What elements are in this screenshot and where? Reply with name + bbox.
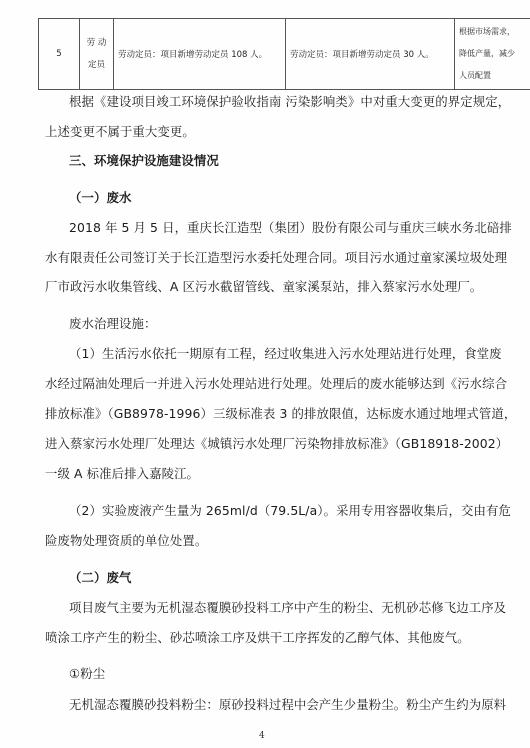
subheading: ①粉尘 (69, 666, 490, 682)
paragraph-line: 险废物处理资质的单位处置。 (45, 533, 490, 549)
subsection-heading: （一）废水 (69, 190, 490, 206)
paragraph-line: 进入蔡家污水处理厂处理达《城镇污水处理厂污染物排放标准》（GB18918-200… (45, 436, 490, 452)
table-row: 5 劳 动 定员 劳动定员：项目新增劳动定员 108 人。 劳动定员：项目新增劳… (39, 19, 530, 90)
paragraph-line: 废水治理设施： (69, 316, 490, 332)
paragraph-line: 排放标准》（GB8978-1996）三级标准表 3 的排放限值，达标废水通过地埋… (45, 406, 490, 422)
paragraph-line: （2）实验废液产生量为 265ml/d（79.5L/a）。采用专用容器收集后，交… (69, 503, 490, 519)
paragraph-line: 水有限责任公司签订关于长江造型污水委托处理合同。项目污水通过童家溪垃圾处理 (45, 250, 490, 266)
subsection-heading: （二）废气 (69, 570, 490, 586)
paragraph-line: （1）生活污水依托一期原有工程，经过收集进入污水处理站进行处理，食堂废 (69, 346, 490, 362)
paragraph-line: 项目废气主要为无机湿态覆膜砂投料工序中产生的粉尘、无机砂芯修飞边工序及 (69, 600, 490, 616)
row-item-line2: 定员 (82, 54, 111, 76)
row-reason: 根据市场需求， 降低产量，减少 人员配置 (455, 19, 530, 90)
paragraph-line: 上述变更不属于重大变更。 (45, 124, 490, 140)
row-reason-line2: 降低产量，减少 (459, 43, 527, 65)
row-reason-line1: 根据市场需求， (459, 21, 527, 43)
paragraph-line: 喷涂工序产生的粉尘、砂芯喷涂工序及烘干工序挥发的乙醇气体、其他废气。 (45, 630, 490, 646)
paragraph-line: 水经过隔油处理后一并进入污水处理站进行处理。处理后的废水能够达到《污水综合 (45, 376, 490, 392)
row-item-line1: 劳 动 (82, 32, 111, 54)
change-table: 5 劳 动 定员 劳动定员：项目新增劳动定员 108 人。 劳动定员：项目新增劳… (38, 18, 530, 90)
document-page: 5 劳 动 定员 劳动定员：项目新增劳动定员 108 人。 劳动定员：项目新增劳… (0, 0, 530, 748)
paragraph-line: 根据《建设项目竣工环境保护验收指南 污染影响类》中对重大变更的界定规定， (69, 94, 490, 110)
paragraph-line: 无机湿态覆膜砂投料粉尘：原砂投料过程中会产生少量粉尘。粉尘产生约为原料 (69, 697, 490, 713)
paragraph-line: 一级 A 标准后排入嘉陵江。 (45, 466, 490, 482)
row-item: 劳 动 定员 (80, 19, 114, 90)
paragraph-line: 厂市政污水收集管线、A 区污水截留管线、童家溪泵站，排入蔡家污水处理厂。 (45, 279, 490, 295)
paragraph-line: 2018 年 5 月 5 日，重庆长江造型（集团）股份有限公司与重庆三峡水务北碚… (69, 220, 490, 236)
row-actual: 劳动定员：项目新增劳动定员 30 人。 (286, 19, 455, 90)
page-number: 4 (259, 731, 265, 741)
row-reason-line3: 人员配置 (459, 65, 527, 87)
section-heading: 三、环境保护设施建设情况 (69, 153, 490, 169)
row-index: 5 (39, 19, 80, 90)
row-original: 劳动定员：项目新增劳动定员 108 人。 (114, 19, 286, 90)
